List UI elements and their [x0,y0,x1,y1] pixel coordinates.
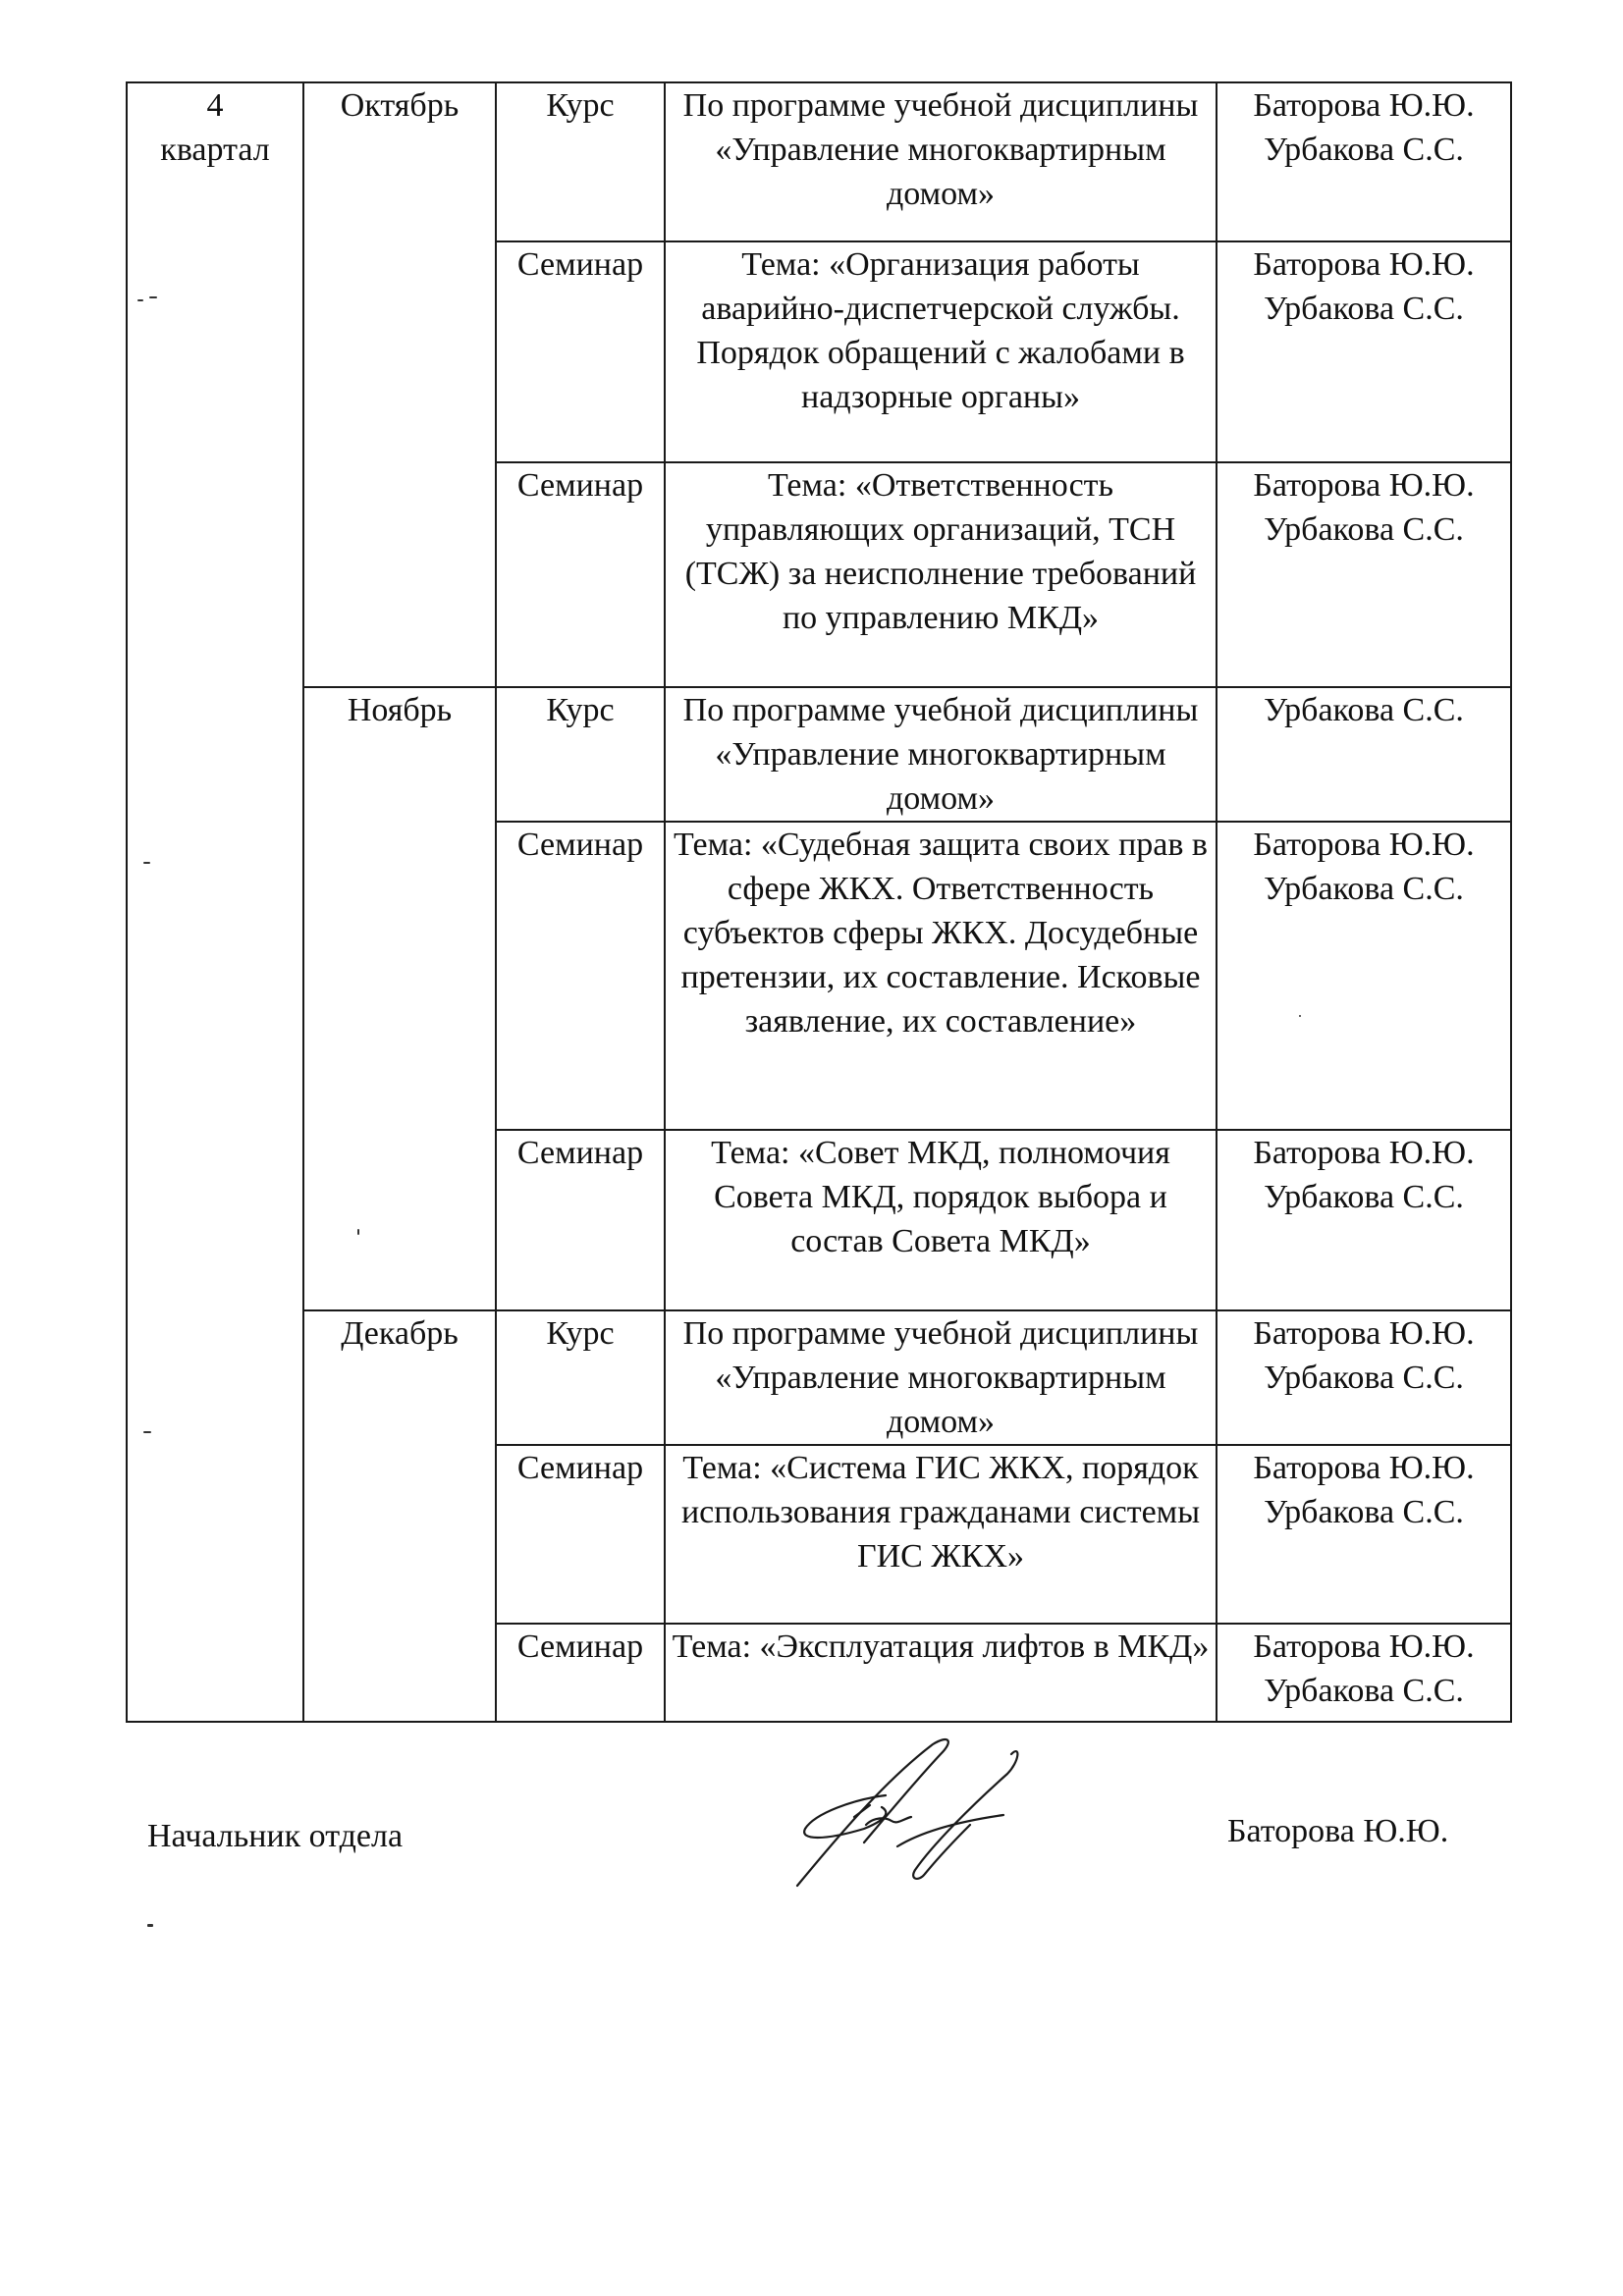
scan-speck [147,1924,153,1927]
event-type: Курс [496,1310,665,1445]
scan-speck [357,1229,359,1235]
event-type: Курс [496,82,665,241]
month-cell: Декабрь [303,1310,496,1722]
table-row: 4 квартал Октябрь Курс По программе учеб… [127,82,1511,241]
event-responsible: Баторова Ю.Ю. Урбакова С.С. [1217,241,1511,462]
event-responsible: Баторова Ю.Ю. Урбакова С.С. [1217,1130,1511,1310]
event-topic: Тема: «Эксплуатация лифтов в МКД» [665,1624,1217,1722]
event-responsible: Баторова Ю.Ю. Урбакова С.С. [1217,1624,1511,1722]
event-responsible: Баторова Ю.Ю. Урбакова С.С. [1217,1445,1511,1624]
event-type: Семинар [496,462,665,687]
event-topic: Тема: «Организация работы аварийно-диспе… [665,241,1217,462]
event-topic: По программе учебной дисциплины «Управле… [665,1310,1217,1445]
event-type: Курс [496,687,665,822]
event-type: Семинар [496,1445,665,1624]
quarter-cell: 4 квартал [127,82,303,1722]
table-row: Декабрь Курс По программе учебной дисцип… [127,1310,1511,1445]
event-topic: Тема: «Ответственность управляющих орган… [665,462,1217,687]
event-topic: Тема: «Совет МКД, полномочия Совета МКД,… [665,1130,1217,1310]
handwritten-signature-icon [776,1723,1031,1909]
scan-speck [143,1431,151,1433]
event-type: Семинар [496,1130,665,1310]
event-responsible: Баторова Ю.Ю. Урбакова С.С. [1217,822,1511,1130]
document-page: 4 квартал Октябрь Курс По программе учеб… [0,0,1623,2296]
event-type: Семинар [496,241,665,462]
scan-speck [149,296,157,298]
signer-position: Начальник отдела [147,1818,403,1855]
event-responsible: Баторова Ю.Ю. Урбакова С.С. [1217,82,1511,241]
event-type: Семинар [496,822,665,1130]
event-topic: Тема: «Система ГИС ЖКХ, порядок использо… [665,1445,1217,1624]
event-topic: Тема: «Судебная защита своих прав в сфер… [665,822,1217,1130]
event-responsible: Баторова Ю.Ю. Урбакова С.С. [1217,462,1511,687]
month-cell: Октябрь [303,82,496,687]
event-topic: По программе учебной дисциплины «Управле… [665,687,1217,822]
event-responsible: Баторова Ю.Ю. Урбакова С.С. [1217,1310,1511,1445]
month-cell: Ноябрь [303,687,496,1310]
table-row: Ноябрь Курс По программе учебной дисципл… [127,687,1511,822]
event-topic: По программе учебной дисциплины «Управле… [665,82,1217,241]
scan-speck [1299,1015,1301,1017]
scan-speck [137,299,143,301]
event-responsible: Урбакова С.С. [1217,687,1511,822]
event-plan-table: 4 квартал Октябрь Курс По программе учеб… [126,81,1512,1723]
scan-speck [143,862,150,864]
signer-name: Баторова Ю.Ю. [1227,1813,1448,1850]
event-type: Семинар [496,1624,665,1722]
